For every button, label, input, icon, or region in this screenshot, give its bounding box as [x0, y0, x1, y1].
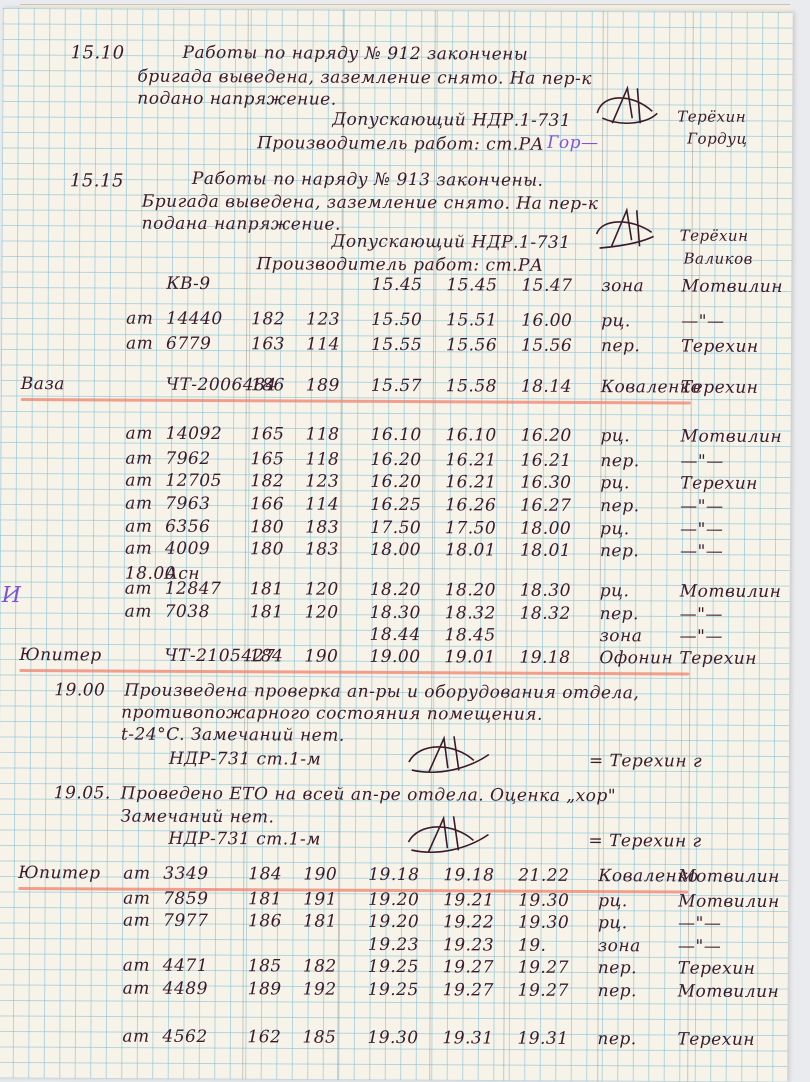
supervisor-label: Производитель работ: ст.РА [257, 133, 544, 155]
check-name: = Терехин г [588, 831, 701, 852]
log-cell-name: —"— [680, 451, 723, 471]
log-cell-label: Юпитер [18, 863, 100, 883]
log-cell-name: Мотвилин [681, 276, 783, 297]
check-line: Произведена проверка ап-ры и оборудовани… [124, 681, 639, 704]
log-cell-t1: 15.50 [371, 310, 422, 330]
log-cell-t3: 18.30 [520, 581, 571, 601]
check-signer: НДР-731 ст.1-м [169, 749, 321, 770]
log-cell-t1: 16.20 [370, 472, 421, 492]
log-cell-t3: 16.00 [521, 311, 572, 331]
log-cell-name: Мотвилин [678, 891, 780, 912]
log-cell-op: пер. [600, 604, 639, 624]
log-cell-a: 165 [250, 449, 284, 469]
log-cell-t2: 18.01 [445, 540, 496, 560]
log-cell-b: 114 [306, 335, 340, 355]
log-cell-id: 7962 [165, 449, 210, 469]
log-cell-t3: 16.30 [520, 473, 571, 493]
log-cell-b: 190 [304, 647, 338, 667]
signature [404, 732, 494, 776]
log-cell-t2: 16.21 [445, 472, 496, 492]
log-cell-t1: 19.23 [368, 935, 419, 955]
signature [403, 812, 493, 856]
log-cell-t3: 15.56 [521, 336, 572, 356]
signature [592, 83, 662, 127]
log-cell-t3: 19.27 [518, 958, 569, 978]
log-cell-name: Терехин [679, 648, 757, 668]
log-cell-b: 120 [305, 580, 339, 600]
log-cell-t2: 18.20 [445, 580, 496, 600]
log-cell-t1: 18.00 [370, 540, 421, 560]
log-cell-op: зона [598, 936, 641, 956]
log-cell-name: Мотвилин [678, 981, 780, 1002]
log-cell-b: 183 [305, 540, 339, 560]
log-cell-name: Мотвилин [678, 866, 780, 887]
log-cell-b: 181 [303, 912, 337, 932]
log-cell-t3: 21.22 [518, 866, 569, 886]
log-cell-b: 190 [303, 865, 337, 885]
entry-line: подана напряжение. [142, 214, 341, 235]
log-cell-t2: 18.32 [445, 603, 496, 623]
log-cell-prefix: ат [125, 539, 152, 559]
entry-time: 15.10 [71, 42, 125, 63]
log-cell-t3: 19.18 [519, 648, 570, 668]
log-cell-prefix: ат [126, 309, 153, 329]
log-cell-a: 180 [250, 517, 284, 537]
margin-mark: И [2, 583, 21, 608]
log-cell-a: 185 [248, 956, 282, 976]
log-cell-name: —"— [681, 311, 724, 331]
log-cell-t1: 16.20 [370, 450, 421, 470]
check-line: Замечаний нет. [121, 807, 275, 828]
log-cell-a: 186 [248, 911, 282, 931]
red-underline [19, 669, 689, 676]
log-cell-prefix: ат [125, 494, 152, 514]
log-cell-a: 181 [248, 889, 282, 909]
log-cell-id: 6356 [165, 517, 210, 537]
log-cell-a: 163 [251, 334, 285, 354]
log-cell-op: рц. [600, 473, 630, 493]
log-cell-prefix: ат [123, 864, 150, 884]
log-cell-b: 192 [303, 980, 337, 1000]
signer-name: Терёхин [680, 226, 749, 244]
log-cell-t2: 15.51 [446, 310, 497, 330]
log-cell-b: 120 [305, 603, 339, 623]
signer-name: Гордуц [687, 130, 747, 148]
log-cell-t1: 18.44 [369, 625, 420, 645]
log-cell-prefix: ат [125, 579, 152, 599]
check-name: = Терехин г [589, 751, 702, 772]
red-underline [21, 398, 691, 405]
log-cell-id: 4471 [163, 956, 208, 976]
entry-line: бригада выведена, заземление снято. На п… [137, 67, 592, 89]
log-cell-name: —"— [680, 496, 723, 516]
admitter-label: Допускающий НДР.1-731 [332, 110, 571, 131]
red-underline [18, 887, 688, 894]
log-cell-op: Офонин [599, 648, 673, 668]
log-cell-op: рц. [600, 581, 630, 601]
log-cell-id: 4489 [163, 979, 208, 999]
log-cell-id: 4009 [165, 539, 210, 559]
log-cell-id: КВ-9 [166, 274, 210, 294]
log-cell-t3: 19. [518, 936, 547, 956]
check-line: t-24°C. Замечаний нет. [121, 725, 345, 746]
log-cell-op: рц. [601, 426, 631, 446]
log-cell-t2: 16.21 [445, 450, 496, 470]
entry-line: Работы по наряду № 913 закончены. [192, 169, 544, 191]
log-cell-a: 182 [251, 309, 285, 329]
signature [592, 206, 662, 250]
log-cell-prefix: ат [126, 424, 153, 444]
log-cell-a: 184 [249, 646, 283, 666]
log-cell-b: 123 [306, 310, 340, 330]
log-cell-label: Юпитер [19, 645, 101, 665]
log-cell-b: 191 [303, 890, 337, 910]
log-cell-b: 183 [305, 518, 339, 538]
log-cell-op: пер. [600, 451, 639, 471]
log-cell-id: 7859 [163, 889, 208, 909]
log-cell-op: рц. [598, 891, 628, 911]
log-cell-id: 12847 [165, 579, 222, 599]
log-cell-name: Терехин [680, 473, 758, 493]
purple-signature: Гор— [547, 133, 598, 153]
log-cell-id: 3349 [163, 864, 208, 884]
log-cell-prefix: ат [123, 956, 150, 976]
entry-line: Бригада выведена, заземление снято. На п… [142, 192, 599, 214]
log-cell-a: 181 [250, 602, 284, 622]
log-cell-b: 189 [306, 376, 340, 396]
log-cell-t1: 19.20 [368, 912, 419, 932]
log-cell-name: —"— [678, 936, 721, 956]
log-cell-prefix: ат [123, 911, 150, 931]
log-cell-name: Терехин [677, 1029, 755, 1049]
log-cell-t2: 16.10 [446, 425, 497, 445]
log-cell-name: —"— [680, 604, 723, 624]
log-cell-t3: 15.47 [521, 276, 572, 296]
log-cell-op: зона [599, 626, 642, 646]
log-cell-op: пер. [601, 336, 640, 356]
log-cell-a: 181 [250, 579, 284, 599]
log-cell-id: 12705 [165, 471, 222, 491]
log-cell-t3: 16.21 [520, 451, 571, 471]
log-cell-name: Терехин [681, 377, 759, 397]
entry-line: подано напряжение. [137, 89, 336, 110]
log-cell-t1: 19.30 [367, 1028, 418, 1048]
log-cell-t2: 15.45 [446, 275, 497, 295]
log-cell-t3: 18.14 [521, 377, 572, 397]
log-cell-t2: 19.21 [443, 890, 494, 910]
log-cell-t3: 19.30 [518, 891, 569, 911]
log-cell-t2: 19.27 [443, 980, 494, 1000]
log-cell-prefix: ат [125, 449, 152, 469]
log-cell-a: 165 [251, 424, 285, 444]
log-cell-t2: 19.22 [443, 912, 494, 932]
log-cell-t3: 16.27 [520, 496, 571, 516]
log-cell-b: 118 [305, 450, 339, 470]
check-signer: НДР-731 ст.1-м [168, 829, 320, 850]
log-cell-t1: 17.50 [370, 518, 421, 538]
log-cell-t2: 19.23 [443, 935, 494, 955]
log-cell-t1: 15.45 [371, 275, 422, 295]
log-cell-id: 7977 [163, 911, 208, 931]
notebook-page: 15.10 Работы по наряду № 912 закончены б… [0, 8, 793, 1080]
log-cell-name: —"— [678, 913, 721, 933]
log-cell-t2: 19.01 [444, 647, 495, 667]
log-cell-id: 6779 [166, 334, 211, 354]
log-cell-op: пер. [598, 981, 637, 1001]
log-cell-prefix: ат [122, 1027, 149, 1047]
log-cell-b: 118 [306, 425, 340, 445]
log-cell-t2: 15.58 [446, 376, 497, 396]
log-cell-id: 14440 [166, 309, 223, 329]
supervisor-label: Производитель работ: ст.РА [256, 254, 543, 276]
log-cell-op: пер. [597, 1029, 636, 1049]
log-cell-op: рц. [598, 913, 628, 933]
log-cell-a: 180 [250, 539, 284, 559]
log-cell-t3: 19.27 [518, 981, 569, 1001]
log-cell-prefix: ат [123, 889, 150, 909]
log-cell-prefix: ат [125, 517, 152, 537]
log-cell-t2: 18.45 [444, 625, 495, 645]
log-cell-op: рц. [601, 311, 631, 331]
log-cell-op: пер. [598, 958, 637, 978]
log-cell-op: пер. [600, 541, 639, 561]
log-cell-id: 4562 [162, 1027, 207, 1047]
log-cell-label: Ваза [21, 374, 65, 394]
log-cell-t3: 18.00 [520, 519, 571, 539]
log-cell-prefix: ат [125, 602, 152, 622]
log-cell-b: 114 [305, 495, 339, 515]
admitter-label: Допускающий НДР.1-731 [332, 232, 571, 253]
log-cell-prefix: ат [125, 471, 152, 491]
log-cell-t3: 18.32 [520, 604, 571, 624]
check-line: Проведено ЕТО на всей ап-ре отдела. Оцен… [121, 784, 617, 807]
log-cell-name: Терехин [678, 958, 756, 978]
log-cell-b: 185 [302, 1028, 336, 1048]
log-cell-b: 182 [303, 957, 337, 977]
log-cell-t1: 19.25 [368, 980, 419, 1000]
log-cell-t2: 19.18 [443, 865, 494, 885]
log-cell-a: 189 [248, 979, 282, 999]
log-cell-name: —"— [680, 541, 723, 561]
log-cell-name: —"— [679, 626, 722, 646]
signer-name: Терёхин [677, 107, 746, 125]
log-cell-t2: 19.27 [443, 957, 494, 977]
log-cell-op: рц. [600, 519, 630, 539]
log-cell-t1: 16.25 [370, 495, 421, 515]
log-cell-a: 162 [247, 1027, 281, 1047]
log-cell-id: 14092 [166, 424, 223, 444]
log-cell-prefix: ат [126, 334, 153, 354]
log-cell-t3: 19.30 [518, 913, 569, 933]
log-cell-t1: 18.30 [370, 603, 421, 623]
log-cell-a: 184 [248, 864, 282, 884]
log-cell-t2: 16.26 [445, 495, 496, 515]
log-cell-name: Мотвилин [680, 581, 782, 602]
log-cell-t1: 15.57 [371, 376, 422, 396]
log-cell-name: —"— [680, 519, 723, 539]
log-cell-a: 186 [251, 375, 285, 395]
check-time: 19.00 [54, 680, 105, 700]
log-cell-t2: 19.31 [442, 1028, 493, 1048]
log-cell-name: Мотвилин [681, 426, 783, 447]
log-cell-t3: 16.20 [521, 426, 572, 446]
log-cell-id: 7038 [165, 602, 210, 622]
log-cell-t1: 18.20 [370, 580, 421, 600]
log-cell-t2: 17.50 [445, 518, 496, 538]
log-cell-t1: 19.20 [368, 890, 419, 910]
log-cell-b: 123 [305, 472, 339, 492]
log-cell-op: пер. [600, 496, 639, 516]
entry-time: 15.15 [70, 170, 124, 191]
log-cell-t1: 16.10 [371, 425, 422, 445]
log-cell-t1: 19.00 [369, 647, 420, 667]
entry-line: Работы по наряду № 912 закончены [183, 43, 529, 65]
log-cell-t2: 15.56 [446, 335, 497, 355]
log-cell-prefix: ат [123, 979, 150, 999]
log-cell-op: зона [601, 276, 644, 296]
signer-name: Валиков [683, 250, 752, 268]
log-cell-id: 7963 [165, 494, 210, 514]
log-cell-t1: 19.25 [368, 957, 419, 977]
log-cell-t1: 15.55 [371, 335, 422, 355]
log-cell-t1: 19.18 [368, 865, 419, 885]
check-line: противопожарного состояния помещения. [121, 703, 543, 725]
log-cell-t3: 18.01 [520, 541, 571, 561]
check-time: 19.05. [54, 783, 111, 803]
log-cell-t3: 19.31 [517, 1029, 568, 1049]
log-cell-name: Терехин [681, 336, 759, 356]
log-cell-a: 182 [250, 471, 284, 491]
log-cell-a: 166 [250, 494, 284, 514]
